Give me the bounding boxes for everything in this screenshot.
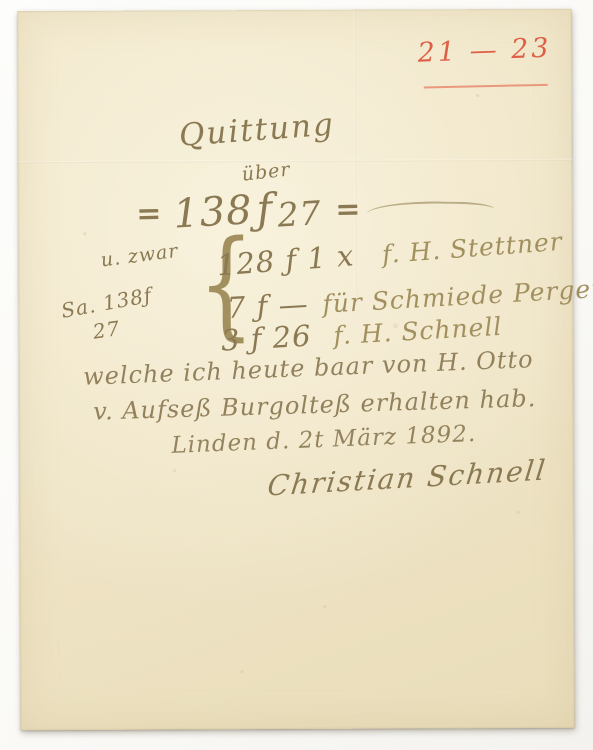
item-payee: f. H. Schnell [333,312,503,351]
pen-flourish [366,200,494,216]
archival-number-underline [424,84,548,89]
total-amount-line: = 138 ƒ 27 = [136,182,495,239]
namely-label: u. zwar [99,240,179,272]
photo-background: 21 — 23 Quittung über = 138 ƒ 27 = u. zw… [0,0,593,750]
total-kreuzer: 27 [276,193,322,234]
item-payee: f. H. Stettner [381,227,564,269]
paper-sheet: 21 — 23 Quittung über = 138 ƒ 27 = u. zw… [17,9,574,730]
dateline: Linden d. 2t März 1892. [171,421,477,459]
archival-number: 21 — 23 [415,32,554,68]
margin-sum-line2: 27 [91,316,122,344]
receipt-title: Quittung [176,106,338,154]
florin-sign: ƒ [255,184,274,234]
body-text-line2: v. Aufseß Burgolteß erhalten hab. [93,384,537,426]
item-amount: 3 ƒ 26 [220,319,312,358]
equals-left: = [136,196,160,231]
equals-right: = [335,192,359,227]
signature: Christian Schnell [266,453,549,502]
